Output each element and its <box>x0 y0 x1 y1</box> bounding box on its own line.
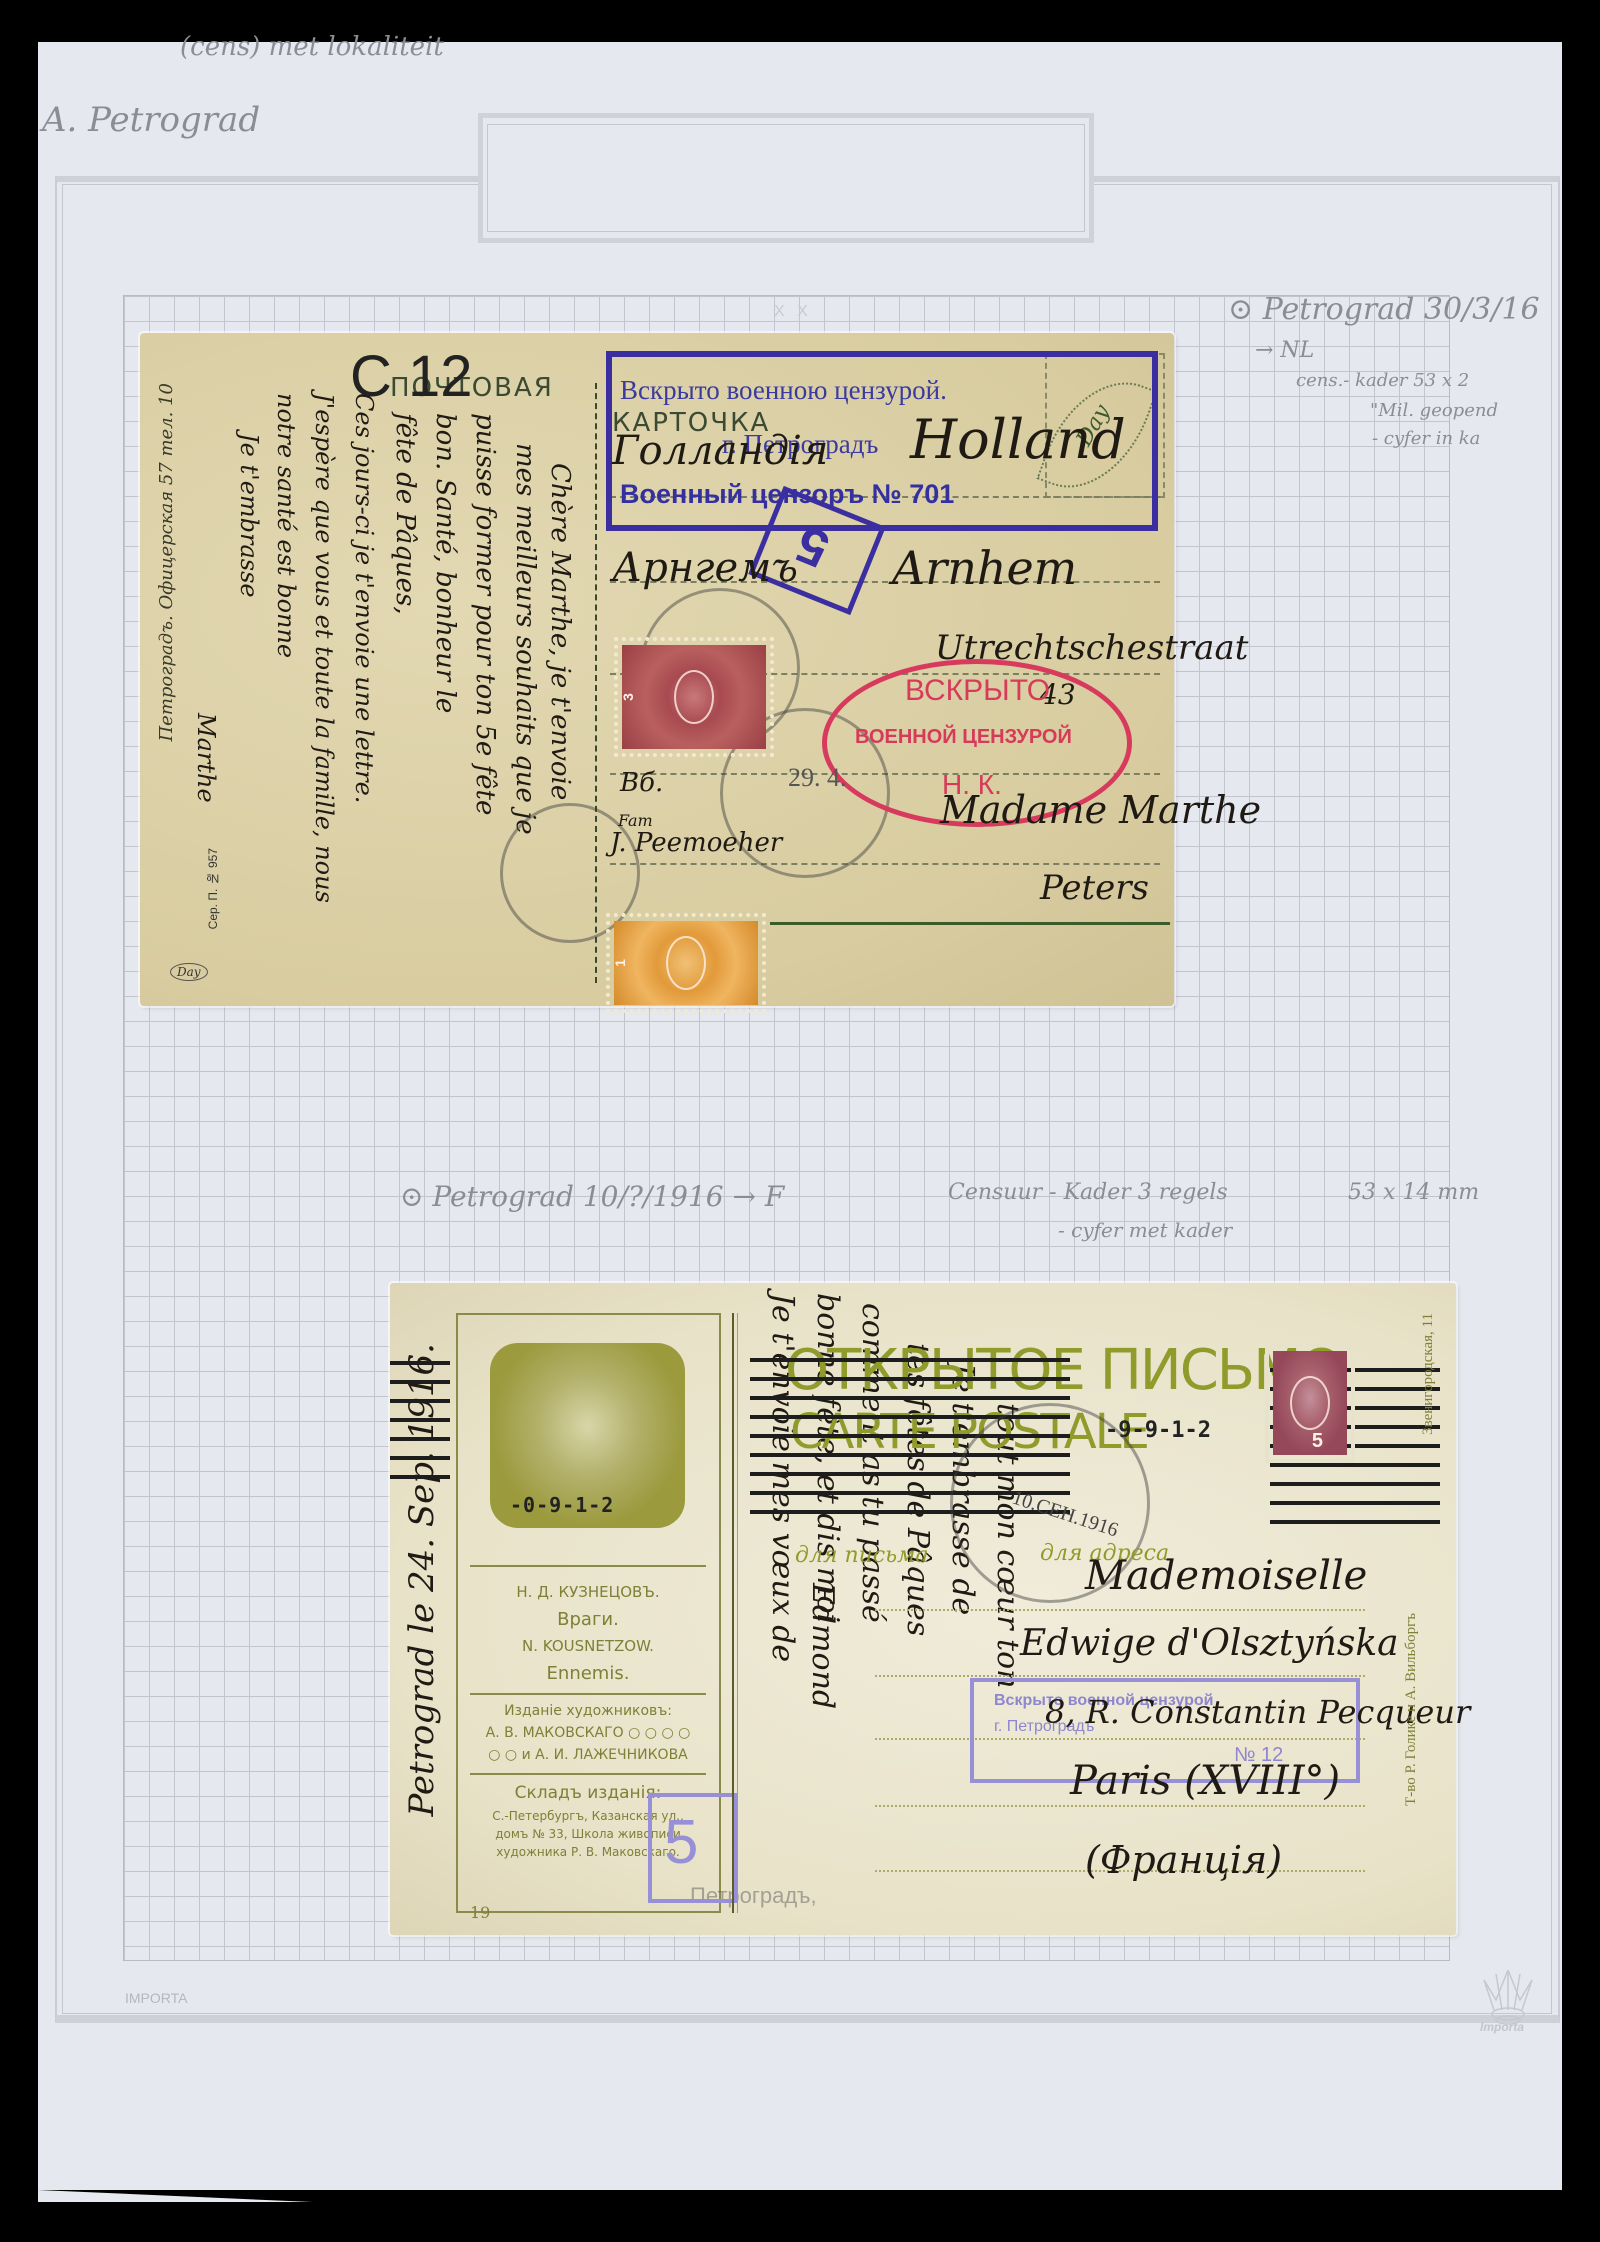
oval-line1: ВСКРЫТО <box>905 674 1050 708</box>
sender-line1: Вб. <box>620 768 663 798</box>
message-line: mes meilleurs souhaits que je <box>510 443 540 835</box>
censor-number-box: 5 <box>648 1793 738 1903</box>
brand-footer: IMPORTA <box>125 1990 188 2006</box>
eagle-emblem-icon <box>666 936 706 990</box>
item2-note-line4: - cyfer met kader <box>1058 1218 1232 1242</box>
publisher-imprint: Петроградъ. Офицерская 57 тел. 10 <box>156 383 177 742</box>
address-rule-bottom <box>770 922 1170 925</box>
address-recipient-surname: Peters <box>1040 868 1149 908</box>
eagle-emblem-icon <box>1290 1376 1330 1430</box>
message-line: Marthe <box>192 713 220 803</box>
item2-note-line1: ⊙ Petrograd 10/?/1916 → F <box>400 1180 784 1213</box>
artist-ru: Н. Д. КУЗНЕЦОВЪ. <box>470 1583 706 1601</box>
printer-imprint: Т-во Р. Голике и А. Вильборгъ <box>1403 1613 1420 1806</box>
note-top-center: (cens) met lokaliteit <box>180 32 444 62</box>
postcard-petrograd-to-arnhem: Петроградъ. Офицерская 57 тел. 10 Сер. П… <box>140 333 1174 1006</box>
item2-note-line3: 53 x 14 mm <box>1348 1180 1479 1205</box>
address-rule <box>875 1609 1365 1611</box>
address-rule <box>610 863 1160 865</box>
stamp-5-kop: 5 <box>1265 1343 1355 1463</box>
stamp-3-kop: 3 <box>614 637 774 757</box>
item1-note-line4: "Mil. geopend <box>1370 400 1498 421</box>
note-top-left: A. Petrograd <box>42 100 260 140</box>
message-line: bon. Santé, bonheur le <box>430 413 460 713</box>
item1-note-line1: ⊙ Petrograd 30/3/16 <box>1228 292 1540 327</box>
publisher-logo: Day <box>170 963 208 981</box>
item2-note-line2: Censuur - Kader 3 regels <box>948 1180 1228 1205</box>
address-line2: Edwige d'Olsztyńska <box>1020 1623 1399 1664</box>
address-country-ru: Голландія <box>612 428 828 474</box>
message-line: puisse former pour ton 5e fête <box>470 413 500 815</box>
address-rule <box>875 1675 1365 1677</box>
address-line5: (Франція) <box>1085 1838 1282 1882</box>
address-country: Holland <box>910 408 1126 471</box>
message-line: Chère Marthe, je t'envoie <box>545 463 575 800</box>
postmark-date: 29. 4. <box>788 763 847 793</box>
panel-rule <box>470 1565 706 1567</box>
message-line: J'espère que vous et toute la famille, n… <box>310 393 338 903</box>
message-line: Ces jours-ci je t'envoie une lettre. <box>350 393 378 803</box>
label-for-letter: для письма <box>795 1543 929 1568</box>
message-line: Je t'embrasse <box>235 433 263 598</box>
item1-note-line3: cens.- kader 53 x 2 <box>1296 370 1469 391</box>
address-city: Arnhem <box>892 541 1077 595</box>
address-line1: Mademoiselle <box>1085 1553 1367 1599</box>
illustration-cancel: -0-9-1-2 <box>510 1493 614 1517</box>
censor-line1: Вскрыто военною цензурой. <box>620 375 947 406</box>
card-divider <box>732 1313 734 1913</box>
series-number: Сер. П. № 957 <box>206 848 220 929</box>
address-rule <box>875 1805 1365 1807</box>
stamp-value: 3 <box>620 693 636 701</box>
edition-line1: А. В. МАКОВСКАГО ○ ○ ○ ○ <box>470 1725 706 1741</box>
item1-note-line5: - cyfer in ka <box>1372 428 1480 449</box>
censor-number: 5 <box>664 1807 698 1878</box>
brand-logo-label: Importa <box>1480 2020 1524 2034</box>
postcard-petrograd-to-paris: Petrograd le 24. Sep. 1916. -0-9-1-2 Н. … <box>390 1283 1456 1935</box>
message-line: fête de Pâques, <box>390 413 420 615</box>
stamp-1-kop: 1 <box>606 913 766 1013</box>
card-number: 19 <box>470 1903 490 1922</box>
page-shadow <box>38 2190 1562 2210</box>
panel-rule <box>470 1693 706 1695</box>
printer-address: Звенигородская, 11 <box>1420 1313 1437 1435</box>
artist-fr: N. KOUSNETZOW. <box>470 1637 706 1655</box>
sender-line3: J. Peemoeher <box>610 828 782 858</box>
edition-line2: ○ ○ и А. И. ЛАЖЕЧНИКОВА <box>470 1747 706 1763</box>
title-fr: Ennemis. <box>470 1663 706 1684</box>
message-line: notre santé est bonne <box>272 393 300 658</box>
address-city-ru: Арнгемъ <box>612 545 798 591</box>
title-box-inner <box>487 124 1085 232</box>
card-divider-thin <box>737 1313 738 1913</box>
message-line: Edmond <box>805 1583 840 1709</box>
eagle-emblem-icon <box>674 670 714 724</box>
panel-rule <box>470 1773 706 1775</box>
edition-label: Изданіе художниковъ: <box>470 1703 706 1719</box>
censor-letter-mark: С 12 <box>350 343 473 410</box>
title-box <box>478 113 1094 243</box>
oval-line2: ВОЕННОЙ ЦЕНЗУРОЙ <box>855 726 1072 749</box>
stamp-value: 1 <box>612 959 628 967</box>
item1-note-line2: → NL <box>1255 338 1314 363</box>
stamp-value: 5 <box>1312 1430 1323 1453</box>
address-recipient: Madame Marthe <box>940 788 1261 832</box>
machine-cancel-bars-left <box>390 1361 450 1494</box>
title-ru: Враги. <box>470 1609 706 1630</box>
grid-marker: X X <box>774 303 812 321</box>
address-line4: Paris (XVIII°) <box>1070 1758 1340 1804</box>
